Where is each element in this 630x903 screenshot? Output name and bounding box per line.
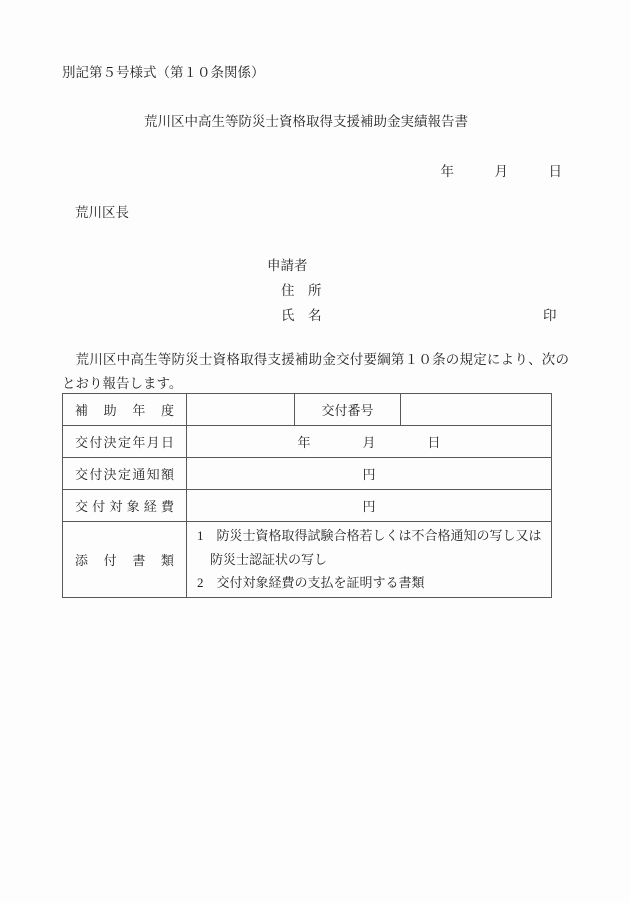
- page-title: 荒川区中高生等防災士資格取得支援補助金実績報告書: [0, 110, 612, 130]
- seal-mark: 印: [543, 304, 557, 324]
- date-line: 年 月 日: [0, 160, 562, 180]
- grant-number-value-cell: [401, 394, 552, 426]
- table-row-grant-decision-date: 交付決定年月日 年 月 日: [63, 426, 552, 458]
- attached-documents-line-1: 1 防災士資格取得試験合格若しくは不合格通知の写し又は: [197, 524, 547, 548]
- applicant-label: 申請者: [267, 254, 308, 274]
- attached-documents-line-2: 防災士認証状の写し: [197, 548, 547, 572]
- table-row-subsidy-year: 補助年度 交付番号: [63, 394, 552, 426]
- subsidy-year-value-cell: [187, 394, 295, 426]
- document-page: 別記第５号様式（第１０条関係） 荒川区中高生等防災士資格取得支援補助金実績報告書…: [0, 0, 630, 903]
- grant-decision-date-value-cell: 年 月 日: [187, 426, 552, 458]
- attached-documents-line-3: 2 交付対象経費の支払を証明する書類: [197, 571, 547, 595]
- body-paragraph: 荒川区中高生等防災士資格取得支援補助金交付要綱第１０条の規定により、次のとおり報…: [62, 348, 569, 395]
- grant-decision-date-label: 交付決定年月日: [63, 426, 187, 458]
- eligible-expenses-label: 交付対象経費: [63, 490, 187, 522]
- table-row-grant-decision-amount: 交付決定通知額 円: [63, 458, 552, 490]
- applicant-address-label: 住 所: [281, 279, 322, 299]
- subsidy-year-label: 補助年度: [63, 394, 187, 426]
- table-row-attached-documents: 添付書類 1 防災士資格取得試験合格若しくは不合格通知の写し又は 防災士認証状の…: [63, 522, 552, 598]
- attached-documents-value-cell: 1 防災士資格取得試験合格若しくは不合格通知の写し又は 防災士認証状の写し 2 …: [187, 522, 552, 598]
- form-number: 別記第５号様式（第１０条関係）: [62, 61, 265, 81]
- table-row-eligible-expenses: 交付対象経費 円: [63, 490, 552, 522]
- addressee-arakawa-mayor: 荒川区長: [75, 201, 129, 221]
- grant-number-label: 交付番号: [295, 394, 401, 426]
- grant-decision-amount-label: 交付決定通知額: [63, 458, 187, 490]
- grant-decision-amount-value-cell: 円: [187, 458, 552, 490]
- attached-documents-label: 添付書類: [63, 522, 187, 598]
- applicant-name-label: 氏 名: [281, 304, 322, 324]
- report-table: 補助年度 交付番号 交付決定年月日 年 月 日 交付決定通知額 円 交付対象経費…: [62, 393, 552, 598]
- eligible-expenses-value-cell: 円: [187, 490, 552, 522]
